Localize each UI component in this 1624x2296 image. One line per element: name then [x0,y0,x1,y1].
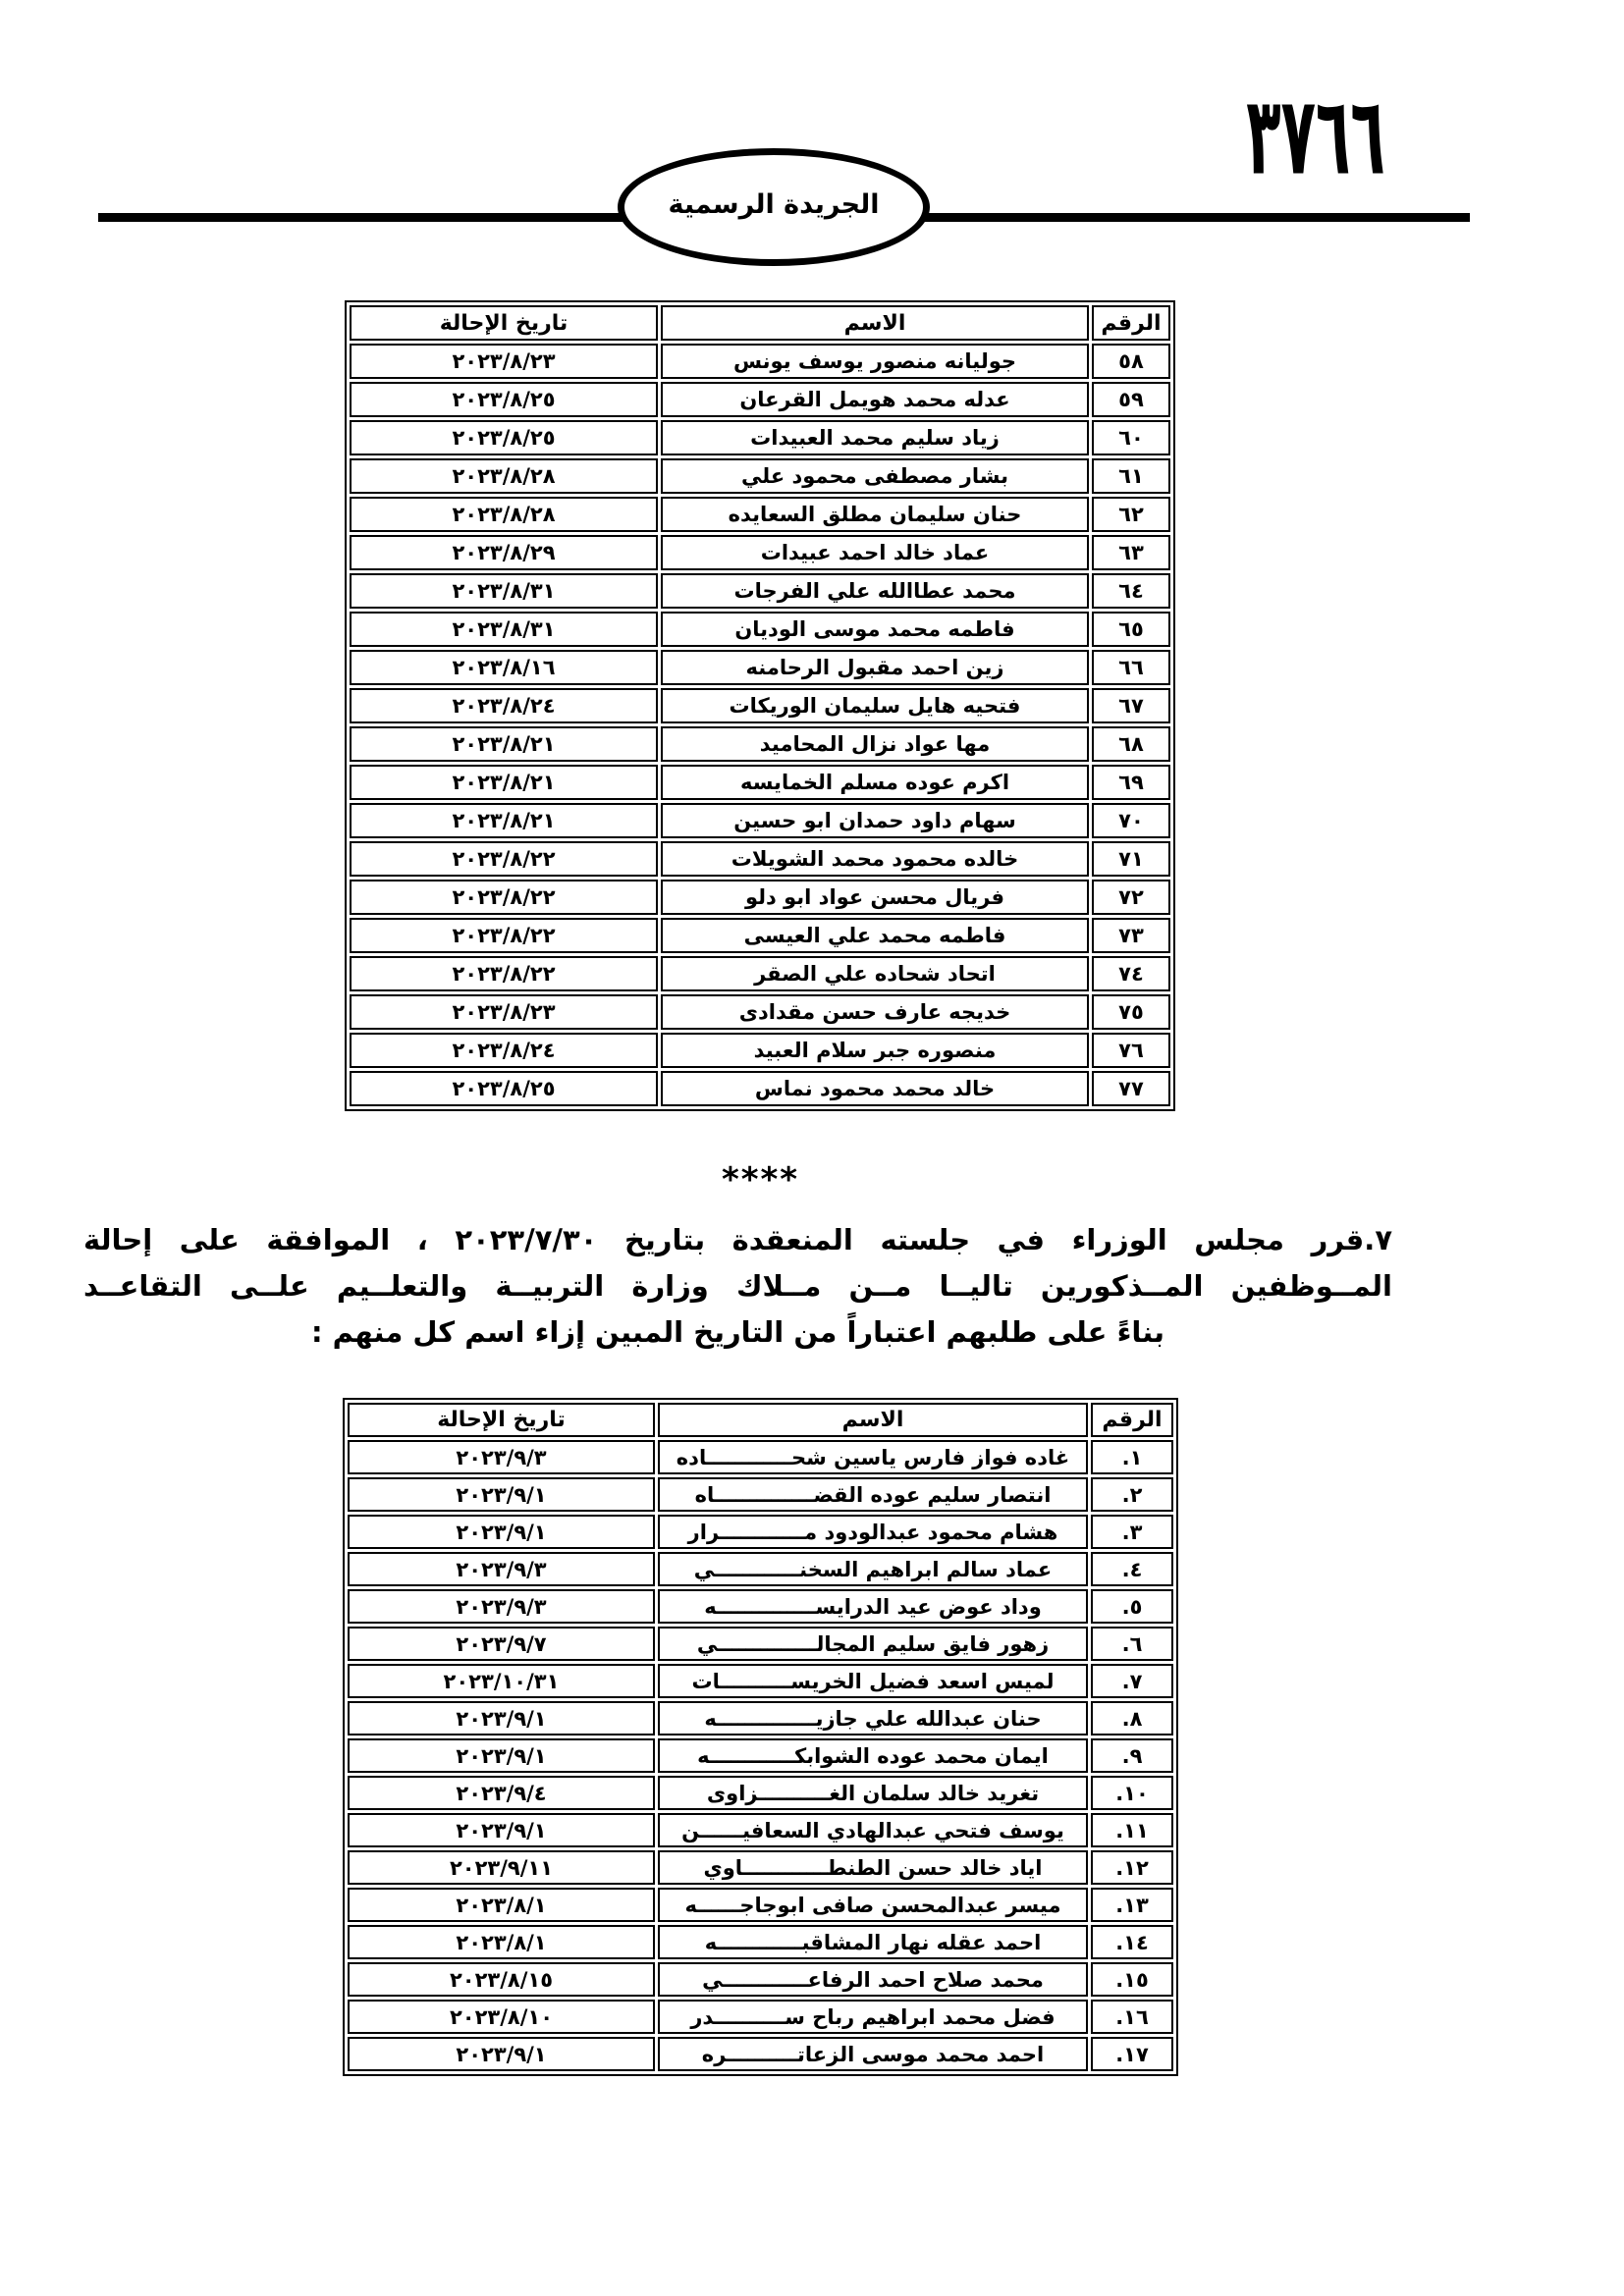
header-number: الرقم [1091,1403,1173,1437]
retirement-table-2-wrap: الرقم الاسم تاريخ الإحالة ١. غاده فواز ف… [344,1398,1178,2076]
table-row: ٥٩ عدله محمد هويمل القرعان ٢٠٢٣/٨/٢٥ [350,382,1170,417]
retirement-table-1: الرقم الاسم تاريخ الإحالة ٥٨ جوليانه منص… [345,300,1175,1111]
table-header-row: الرقم الاسم تاريخ الإحالة [350,305,1170,341]
row-number-cell: ٧٧ [1092,1071,1170,1106]
header-date: تاريخ الإحالة [350,305,658,341]
row-name-cell: يوسف فتحي عبدالهادي السعافيــــــن [658,1813,1088,1847]
table-row: ٦٥ فاطمه محمد موسى الوديان ٢٠٢٣/٨/٣١ [350,612,1170,647]
row-name-cell: سهام داود حمدان ابو حسين [661,803,1089,838]
table-row: ٦٤ محمد عطاالله علي الفرجات ٢٠٢٣/٨/٣١ [350,573,1170,609]
decree-line-3: بناءً على طلبهم اعتباراً من التاريخ المب… [83,1309,1392,1356]
row-number-cell: ١٢. [1091,1850,1173,1885]
row-number-cell: ٢. [1091,1477,1173,1512]
row-date-cell: ٢٠٢٣/٩/٧ [348,1627,655,1661]
row-name-cell: محمد صلاح احمد الرفاعــــــــــــي [658,1962,1088,1997]
row-name-cell: وداد عوض عيد الدرايســــــــــــــه [658,1589,1088,1624]
row-number-cell: ٦٢ [1092,497,1170,532]
row-name-cell: فضل محمد ابراهيم رباح ســــــــــدر [658,2000,1088,2034]
row-date-cell: ٢٠٢٣/٩/١ [348,1477,655,1512]
row-date-cell: ٢٠٢٣/٨/٢١ [350,765,658,800]
table-row: ٦٧ فتحيه هايل سليمان الوريكات ٢٠٢٣/٨/٢٤ [350,688,1170,723]
row-date-cell: ٢٠٢٣/٨/٢٤ [350,1033,658,1068]
row-date-cell: ٢٠٢٣/٩/٣ [348,1552,655,1586]
row-name-cell: اياد خالد حسن الطنطــــــــــــاوي [658,1850,1088,1885]
row-date-cell: ٢٠٢٣/٨/١ [348,1925,655,1959]
retirement-table-1-body: ٥٨ جوليانه منصور يوسف يونس ٢٠٢٣/٨/٢٣ ٥٩ … [350,344,1170,1106]
row-date-cell: ٢٠٢٣/١٠/٣١ [348,1664,655,1698]
row-number-cell: ١٣. [1091,1888,1173,1922]
row-date-cell: ٢٠٢٣/٨/٢٨ [350,497,658,532]
row-name-cell: فاطمه محمد علي العيسى [661,918,1089,953]
row-date-cell: ٢٠٢٣/٩/١ [348,1701,655,1735]
table-row: ١٧. احمد محمد موسى الزعاتــــــــــره ٢٠… [348,2037,1173,2071]
row-date-cell: ٢٠٢٣/٨/٢٢ [350,918,658,953]
row-date-cell: ٢٠٢٣/٨/٢٥ [350,1071,658,1106]
row-number-cell: ٧٠ [1092,803,1170,838]
row-name-cell: غاده فواز فارس ياسين شحــــــــــــاده [658,1440,1088,1474]
decree-line-1: ٧.قرر مجلس الوزراء في جلسته المنعقدة بتا… [83,1217,1392,1263]
row-date-cell: ٢٠٢٣/٩/١ [348,1515,655,1549]
row-number-cell: ٧١ [1092,841,1170,877]
row-number-cell: ٧٢ [1092,880,1170,915]
row-date-cell: ٢٠٢٣/٨/٢٥ [350,382,658,417]
row-name-cell: هشام محمود عبدالودود مــــــــــــرار [658,1515,1088,1549]
table-row: ٧٤ اتحاد شحاده علي الصقر ٢٠٢٣/٨/٢٢ [350,956,1170,991]
table-row: ٦٠ زياد سليم محمد العبيدات ٢٠٢٣/٨/٢٥ [350,420,1170,455]
row-number-cell: ١١. [1091,1813,1173,1847]
header-date: تاريخ الإحالة [348,1403,655,1437]
table-row: ١٤. احمد عقله نهار المشاقبــــــــــــه … [348,1925,1173,1959]
row-name-cell: زين احمد مقبول الرحامنه [661,650,1089,685]
row-number-cell: ٧٤ [1092,956,1170,991]
row-number-cell: ٦٨ [1092,726,1170,762]
row-number-cell: ٥٩ [1092,382,1170,417]
row-name-cell: عدله محمد هويمل القرعان [661,382,1089,417]
row-number-cell: ٤. [1091,1552,1173,1586]
row-number-cell: ٧٣ [1092,918,1170,953]
row-number-cell: ٦١ [1092,458,1170,494]
row-name-cell: جوليانه منصور يوسف يونس [661,344,1089,379]
row-number-cell: ٧٦ [1092,1033,1170,1068]
row-date-cell: ٢٠٢٣/٨/١٥ [348,1962,655,1997]
row-number-cell: ٣. [1091,1515,1173,1549]
row-name-cell: حنان سليمان مطلق السعايده [661,497,1089,532]
table-row: ٦. زهور فايق سليم المجالــــــــــــــي … [348,1627,1173,1661]
table-row: ٧٠ سهام داود حمدان ابو حسين ٢٠٢٣/٨/٢١ [350,803,1170,838]
row-date-cell: ٢٠٢٣/٨/٢٨ [350,458,658,494]
row-date-cell: ٢٠٢٣/٨/٢٢ [350,956,658,991]
row-name-cell: محمد عطاالله علي الفرجات [661,573,1089,609]
row-name-cell: لميس اسعد فضيل الخريســــــــــات [658,1664,1088,1698]
row-date-cell: ٢٠٢٣/٩/٣ [348,1440,655,1474]
row-date-cell: ٢٠٢٣/٨/٢٢ [350,841,658,877]
row-number-cell: ٦٤ [1092,573,1170,609]
table-row: ٥. وداد عوض عيد الدرايســــــــــــــه ٢… [348,1589,1173,1624]
retirement-table-1-wrap: الرقم الاسم تاريخ الإحالة ٥٨ جوليانه منص… [346,300,1175,1111]
row-date-cell: ٢٠٢٣/٩/١ [348,1813,655,1847]
table-row: ٦٢ حنان سليمان مطلق السعايده ٢٠٢٣/٨/٢٨ [350,497,1170,532]
table-row: ٥٨ جوليانه منصور يوسف يونس ٢٠٢٣/٨/٢٣ [350,344,1170,379]
row-name-cell: عماد سالم ابراهيم السخنــــــــــــي [658,1552,1088,1586]
table-row: ٧٥ خديجه عارف حسن مقدادى ٢٠٢٣/٨/٢٣ [350,994,1170,1030]
gazette-title-oval: الجريدة الرسمية [618,148,930,266]
row-name-cell: فريال محسن عواد ابو دلو [661,880,1089,915]
table-row: ٣. هشام محمود عبدالودود مــــــــــــرار… [348,1515,1173,1549]
header-number: الرقم [1092,305,1170,341]
row-number-cell: ٦٧ [1092,688,1170,723]
table-row: ٨. حنان عبدالله علي جازيــــــــــــــه … [348,1701,1173,1735]
row-number-cell: ٨. [1091,1701,1173,1735]
row-name-cell: خديجه عارف حسن مقدادى [661,994,1089,1030]
page-number: ٣٧٦٦ [1235,73,1396,199]
row-date-cell: ٢٠٢٣/٨/٢٣ [350,344,658,379]
table-row: ٢. انتصار سليم عوده القضــــــــــــــاه… [348,1477,1173,1512]
table-row: ٦٩ اكرم عوده مسلم الخمايسه ٢٠٢٣/٨/٢١ [350,765,1170,800]
row-name-cell: احمد عقله نهار المشاقبــــــــــــه [658,1925,1088,1959]
row-number-cell: ٦٦ [1092,650,1170,685]
row-date-cell: ٢٠٢٣/٩/١ [348,2037,655,2071]
row-number-cell: ١. [1091,1440,1173,1474]
row-date-cell: ٢٠٢٣/٨/٢١ [350,803,658,838]
table-row: ١٥. محمد صلاح احمد الرفاعــــــــــــي ٢… [348,1962,1173,1997]
row-name-cell: تغريد خالد سلمان الغــــــــــزاوى [658,1776,1088,1810]
table-row: ٦١ بشار مصطفى محمود علي ٢٠٢٣/٨/٢٨ [350,458,1170,494]
table-row: ٧٦ منصوره جبر سلام العبيد ٢٠٢٣/٨/٢٤ [350,1033,1170,1068]
table-row: ٧٢ فريال محسن عواد ابو دلو ٢٠٢٣/٨/٢٢ [350,880,1170,915]
row-name-cell: حنان عبدالله علي جازيــــــــــــــه [658,1701,1088,1735]
row-number-cell: ٥. [1091,1589,1173,1624]
header-name: الاسم [661,305,1089,341]
row-date-cell: ٢٠٢٣/٨/١٦ [350,650,658,685]
row-name-cell: خالده محمود محمد الشويلات [661,841,1089,877]
header-name: الاسم [658,1403,1088,1437]
row-date-cell: ٢٠٢٣/٨/١ [348,1888,655,1922]
row-date-cell: ٢٠٢٣/٨/٢٥ [350,420,658,455]
section-separator: **** [346,1160,1175,1200]
row-date-cell: ٢٠٢٣/٨/١٠ [348,2000,655,2034]
row-name-cell: ايمان محمد عوده الشوابكــــــــــــه [658,1738,1088,1773]
table-header-row: الرقم الاسم تاريخ الإحالة [348,1403,1173,1437]
row-name-cell: عماد خالد احمد عبيدات [661,535,1089,570]
row-number-cell: ١٦. [1091,2000,1173,2034]
row-date-cell: ٢٠٢٣/٨/٢٩ [350,535,658,570]
decree-paragraph: ٧.قرر مجلس الوزراء في جلسته المنعقدة بتا… [83,1217,1392,1356]
table-row: ١٢. اياد خالد حسن الطنطــــــــــــاوي ٢… [348,1850,1173,1885]
row-date-cell: ٢٠٢٣/٨/٢٤ [350,688,658,723]
table-row: ١٦. فضل محمد ابراهيم رباح ســــــــــدر … [348,2000,1173,2034]
table-row: ٧١ خالده محمود محمد الشويلات ٢٠٢٣/٨/٢٢ [350,841,1170,877]
gazette-title: الجريدة الرسمية [669,191,880,224]
row-name-cell: فاطمه محمد موسى الوديان [661,612,1089,647]
gazette-page: ٣٧٦٦ الجريدة الرسمية الرقم الاسم تاريخ ا… [0,0,1624,2296]
table-row: ٩. ايمان محمد عوده الشوابكــــــــــــه … [348,1738,1173,1773]
row-name-cell: اتحاد شحاده علي الصقر [661,956,1089,991]
table-row: ١. غاده فواز فارس ياسين شحــــــــــــاد… [348,1440,1173,1474]
row-number-cell: ٦٩ [1092,765,1170,800]
row-date-cell: ٢٠٢٣/٨/٣١ [350,573,658,609]
row-number-cell: ٥٨ [1092,344,1170,379]
row-name-cell: منصوره جبر سلام العبيد [661,1033,1089,1068]
row-name-cell: ميسر عبدالمحسن صافى ابوجاجــــــه [658,1888,1088,1922]
retirement-table-2: الرقم الاسم تاريخ الإحالة ١. غاده فواز ف… [343,1398,1178,2076]
table-row: ٧٣ فاطمه محمد علي العيسى ٢٠٢٣/٨/٢٢ [350,918,1170,953]
table-row: ٦٨ مها عواد نزال المحاميد ٢٠٢٣/٨/٢١ [350,726,1170,762]
row-number-cell: ٦٥ [1092,612,1170,647]
row-date-cell: ٢٠٢٣/٨/٢٣ [350,994,658,1030]
table-row: ٤. عماد سالم ابراهيم السخنــــــــــــي … [348,1552,1173,1586]
row-name-cell: زياد سليم محمد العبيدات [661,420,1089,455]
decree-line-2: المــوظفين المــذكورين تاليــا مــن مــل… [83,1263,1392,1309]
row-name-cell: اكرم عوده مسلم الخمايسه [661,765,1089,800]
table-row: ٦٣ عماد خالد احمد عبيدات ٢٠٢٣/٨/٢٩ [350,535,1170,570]
row-date-cell: ٢٠٢٣/٩/٤ [348,1776,655,1810]
row-name-cell: احمد محمد موسى الزعاتــــــــــره [658,2037,1088,2071]
table-row: ٧. لميس اسعد فضيل الخريســــــــــات ٢٠٢… [348,1664,1173,1698]
row-name-cell: بشار مصطفى محمود علي [661,458,1089,494]
row-date-cell: ٢٠٢٣/٨/٢٢ [350,880,658,915]
retirement-table-2-body: ١. غاده فواز فارس ياسين شحــــــــــــاد… [348,1440,1173,2071]
table-row: ١٣. ميسر عبدالمحسن صافى ابوجاجــــــه ٢٠… [348,1888,1173,1922]
row-date-cell: ٢٠٢٣/٩/١١ [348,1850,655,1885]
row-name-cell: زهور فايق سليم المجالــــــــــــــي [658,1627,1088,1661]
row-name-cell: انتصار سليم عوده القضــــــــــــــاه [658,1477,1088,1512]
row-date-cell: ٢٠٢٣/٩/٣ [348,1589,655,1624]
row-name-cell: فتحيه هايل سليمان الوريكات [661,688,1089,723]
row-number-cell: ٧. [1091,1664,1173,1698]
row-number-cell: ٩. [1091,1738,1173,1773]
row-date-cell: ٢٠٢٣/٨/٢١ [350,726,658,762]
row-date-cell: ٢٠٢٣/٩/١ [348,1738,655,1773]
row-number-cell: ١٤. [1091,1925,1173,1959]
row-number-cell: ١٥. [1091,1962,1173,1997]
table-row: ١٠. تغريد خالد سلمان الغــــــــــزاوى ٢… [348,1776,1173,1810]
row-name-cell: خالد محمد محمود نماس [661,1071,1089,1106]
row-date-cell: ٢٠٢٣/٨/٣١ [350,612,658,647]
row-number-cell: ٦٠ [1092,420,1170,455]
table-row: ٦٦ زين احمد مقبول الرحامنه ٢٠٢٣/٨/١٦ [350,650,1170,685]
row-number-cell: ٦٣ [1092,535,1170,570]
row-number-cell: ١٧. [1091,2037,1173,2071]
row-number-cell: ٦. [1091,1627,1173,1661]
table-row: ١١. يوسف فتحي عبدالهادي السعافيــــــن ٢… [348,1813,1173,1847]
row-name-cell: مها عواد نزال المحاميد [661,726,1089,762]
row-number-cell: ١٠. [1091,1776,1173,1810]
row-number-cell: ٧٥ [1092,994,1170,1030]
table-row: ٧٧ خالد محمد محمود نماس ٢٠٢٣/٨/٢٥ [350,1071,1170,1106]
